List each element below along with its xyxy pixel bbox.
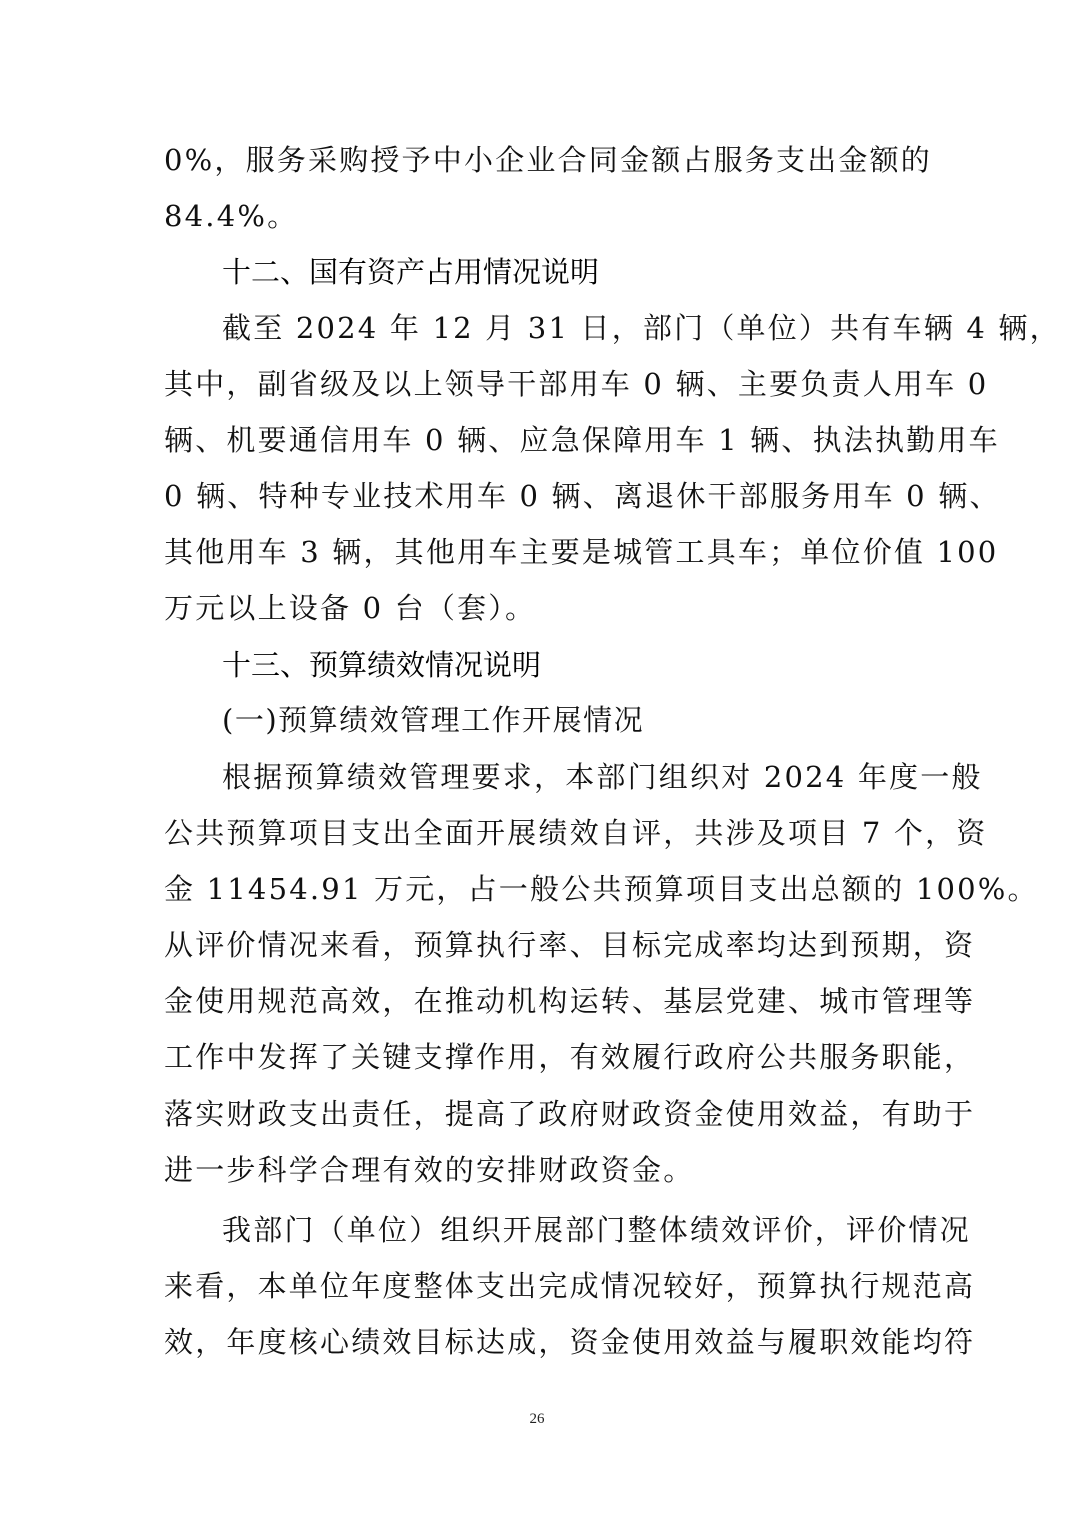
- paragraph-line: 工作中发挥了关键支撑作用，有效履行政府公共服务职能，: [164, 1037, 912, 1077]
- paragraph-line: 万元以上设备 0 台（套）。: [164, 588, 912, 628]
- paragraph-line: 根据预算绩效管理要求，本部门组织对 2024 年度一般: [222, 757, 912, 797]
- paragraph-line: 落实财政支出责任，提高了政府财政资金使用效益，有助于: [164, 1094, 912, 1134]
- paragraph-line: 0 辆、特种专业技术用车 0 辆、离退休干部服务用车 0 辆、: [164, 476, 912, 516]
- page-number: 26: [0, 1411, 1074, 1428]
- paragraph-line: 我部门（单位）组织开展部门整体绩效评价，评价情况: [222, 1210, 912, 1250]
- paragraph-line: 其他用车 3 辆，其他用车主要是城管工具车；单位价值 100: [164, 532, 912, 572]
- paragraph-line: 其中，副省级及以上领导干部用车 0 辆、主要负责人用车 0: [164, 364, 912, 404]
- paragraph-line: 0%，服务采购授予中小企业合同金额占服务支出金额的: [164, 140, 912, 180]
- paragraph-line: 从评价情况来看，预算执行率、目标完成率均达到预期，资: [164, 925, 912, 965]
- document-page: 0%，服务采购授予中小企业合同金额占服务支出金额的 84.4%。 十二、国有资产…: [0, 0, 1074, 1520]
- section-12-heading: 十二、国有资产占用情况说明: [222, 252, 599, 292]
- paragraph-line: 金 11454.91 万元，占一般公共预算项目支出总额的 100%。: [164, 869, 912, 909]
- paragraph-line: 截至 2024 年 12 月 31 日，部门（单位）共有车辆 4 辆，: [222, 308, 912, 348]
- paragraph-line: 84.4%。: [164, 196, 912, 236]
- subsection-1-heading: (一)预算绩效管理工作开展情况: [222, 700, 644, 740]
- paragraph-line: 金使用规范高效，在推动机构运转、基层党建、城市管理等: [164, 981, 912, 1021]
- paragraph-line: 公共预算项目支出全面开展绩效自评，共涉及项目 7 个，资: [164, 813, 912, 853]
- paragraph-line: 效，年度核心绩效目标达成，资金使用效益与履职效能均符: [164, 1322, 912, 1362]
- section-13-heading: 十三、预算绩效情况说明: [222, 645, 541, 685]
- paragraph-line: 来看，本单位年度整体支出完成情况较好，预算执行规范高: [164, 1266, 912, 1306]
- paragraph-line: 进一步科学合理有效的安排财政资金。: [164, 1150, 912, 1190]
- paragraph-line: 辆、机要通信用车 0 辆、应急保障用车 1 辆、执法执勤用车: [164, 420, 912, 460]
